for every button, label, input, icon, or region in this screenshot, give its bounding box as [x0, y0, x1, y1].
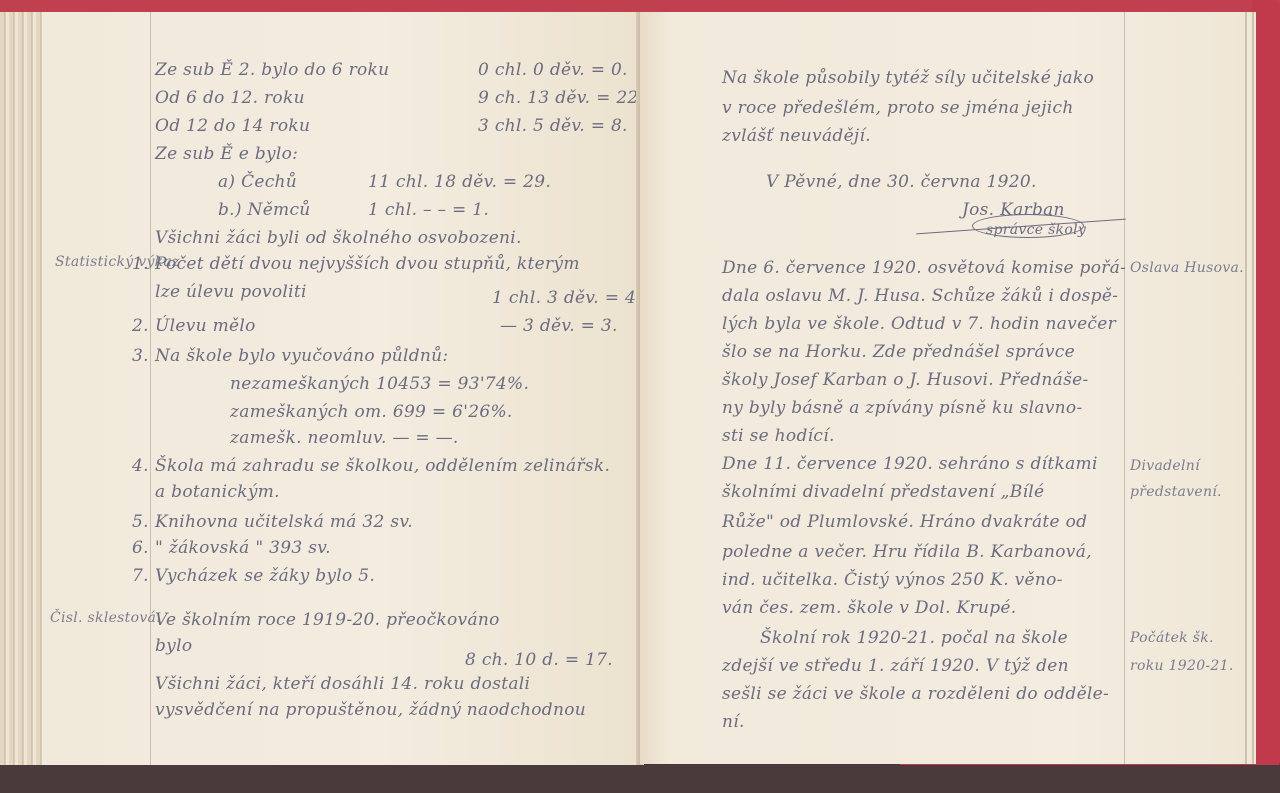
closing-line: vysvědčení na propuštěnou, žádný naodcho… — [155, 700, 586, 720]
line-value: 0 chl. 0 děv. = 0. — [478, 60, 628, 80]
stat-text: Počet dětí dvou nejvyšších dvou stupňů, … — [155, 254, 580, 274]
stat-text-cont: a botanickým. — [155, 482, 280, 502]
margin-note: Počátek šk. — [1130, 630, 1214, 646]
paragraph-line: Dne 11. července 1920. sehráno s dítkami — [722, 454, 1098, 474]
paragraph-line: ny byly básně a zpívány písně ku slavno- — [722, 398, 1083, 418]
closing-value: 8 ch. 10 d. = 17. — [465, 650, 613, 670]
stat-number: 1. — [132, 254, 149, 274]
paragraph-line: sti se hodící. — [722, 426, 835, 446]
paragraph-line: šlo se na Horku. Zde přednášel správce — [722, 342, 1075, 362]
paragraph-line: ní. — [722, 712, 745, 732]
paragraph-line: zdejší ve středu 1. září 1920. V týž den — [722, 656, 1069, 676]
line-text: Od 6 do 12. roku — [155, 88, 305, 108]
paragraph-line: Na škole působily tytéž síly učitelské j… — [722, 68, 1094, 88]
line-value: 11 chl. 18 děv. = 29. — [368, 172, 551, 192]
closing-line: Ve školním roce 1919-20. přeočkováno — [155, 610, 500, 630]
margin-note: představení. — [1130, 484, 1222, 500]
stat-text: nezameškaných 10453 = 93'74%. — [230, 374, 529, 394]
stat-value: — 3 děv. = 3. — [500, 316, 618, 336]
line-text: Od 12 do 14 roku — [155, 116, 310, 136]
paragraph-line: lých byla ve škole. Odtud v 7. hodin nav… — [722, 314, 1116, 334]
stat-number: 5. — [132, 512, 149, 532]
stat-number: 4. — [132, 456, 149, 476]
stat-number: 3. — [132, 346, 149, 366]
margin-rule-right — [1124, 12, 1125, 764]
line-text: a) Čechů — [218, 172, 297, 192]
paragraph-line: ván čes. zem. škole v Dol. Krupé. — [722, 598, 1016, 618]
dateline: V Pěvné, dne 30. června 1920. — [766, 172, 1037, 192]
margin-note: Divadelní — [1130, 458, 1200, 474]
stat-text: zamešk. neomluv. — = —. — [230, 428, 459, 448]
paragraph-line: ind. učitelka. Čistý výnos 250 K. věno- — [722, 570, 1063, 590]
paragraph-line: zvlášť neuvádějí. — [722, 126, 871, 146]
paragraph-line: Dne 6. července 1920. osvětová komise po… — [722, 258, 1126, 278]
line-value: 9 ch. 13 děv. = 22. — [478, 88, 640, 108]
paragraph-line: dala oslavu M. J. Husa. Schůze žáků i do… — [722, 286, 1118, 306]
paragraph-line: školy Josef Karban o J. Husovi. Přednáše… — [722, 370, 1089, 390]
stat-text-cont: lze úlevu povoliti — [155, 282, 307, 302]
margin-note: Oslava Husova. — [1130, 260, 1244, 276]
stat-text: Knihovna učitelská má 32 sv. — [155, 512, 413, 532]
stat-number: 6. — [132, 538, 149, 558]
stat-value: 1 chl. 3 děv. = 4. — [492, 288, 640, 308]
closing-line: Všichni žáci, kteří dosáhli 14. roku dos… — [155, 674, 530, 694]
margin-rule-left — [150, 12, 151, 765]
line-text: b.) Němců — [218, 200, 311, 220]
page-edges-right — [1242, 12, 1256, 764]
stat-text: " žákovská " 393 sv. — [155, 538, 331, 558]
line-value: 3 chl. 5 děv. = 8. — [478, 116, 628, 136]
line-text: Ze sub Ě 2. bylo do 6 roku — [155, 60, 389, 80]
paragraph-line: Školní rok 1920-21. počal na škole — [760, 628, 1068, 648]
stat-text: Úlevu mělo — [155, 316, 256, 336]
table-shadow — [0, 765, 1280, 793]
signature-loop — [972, 214, 1084, 238]
paragraph-line: sešli se žáci ve škole a rozděleni do od… — [722, 684, 1109, 704]
line-text: Všichni žáci byli od školného osvobozeni… — [155, 228, 522, 248]
paragraph-line: v roce předešlém, proto se jména jejich — [722, 98, 1074, 118]
left-page: Ze sub Ě 2. bylo do 6 roku 0 chl. 0 děv.… — [0, 12, 640, 765]
stat-text: Škola má zahradu se školkou, oddělením z… — [155, 456, 610, 476]
book-cover-right — [1252, 0, 1280, 768]
page-edges-left — [0, 12, 42, 765]
paragraph-line: poledne a večer. Hru řídila B. Karbanová… — [722, 542, 1092, 562]
margin-note: roku 1920-21. — [1130, 658, 1234, 674]
stat-number: 7. — [132, 566, 149, 586]
paragraph-line: Růže" od Plumlovské. Hráno dvakráte od — [722, 512, 1087, 532]
margin-note: Čisl. sklestová. — [50, 610, 161, 626]
paragraph-line: školními divadelní představení „Bílé — [722, 482, 1044, 502]
stat-text: zameškaných om. 699 = 6'26%. — [230, 402, 513, 422]
stat-text: Na škole bylo vyučováno půldnů: — [155, 346, 448, 366]
line-value: 1 chl. – – = 1. — [368, 200, 489, 220]
line-text: Ze sub Ě e bylo: — [155, 144, 298, 164]
stat-number: 2. — [132, 316, 149, 336]
stat-text: Vycházek se žáky bylo 5. — [155, 566, 375, 586]
closing-line: bylo — [155, 636, 192, 656]
right-page: Na škole působily tytéž síly učitelské j… — [640, 12, 1256, 764]
